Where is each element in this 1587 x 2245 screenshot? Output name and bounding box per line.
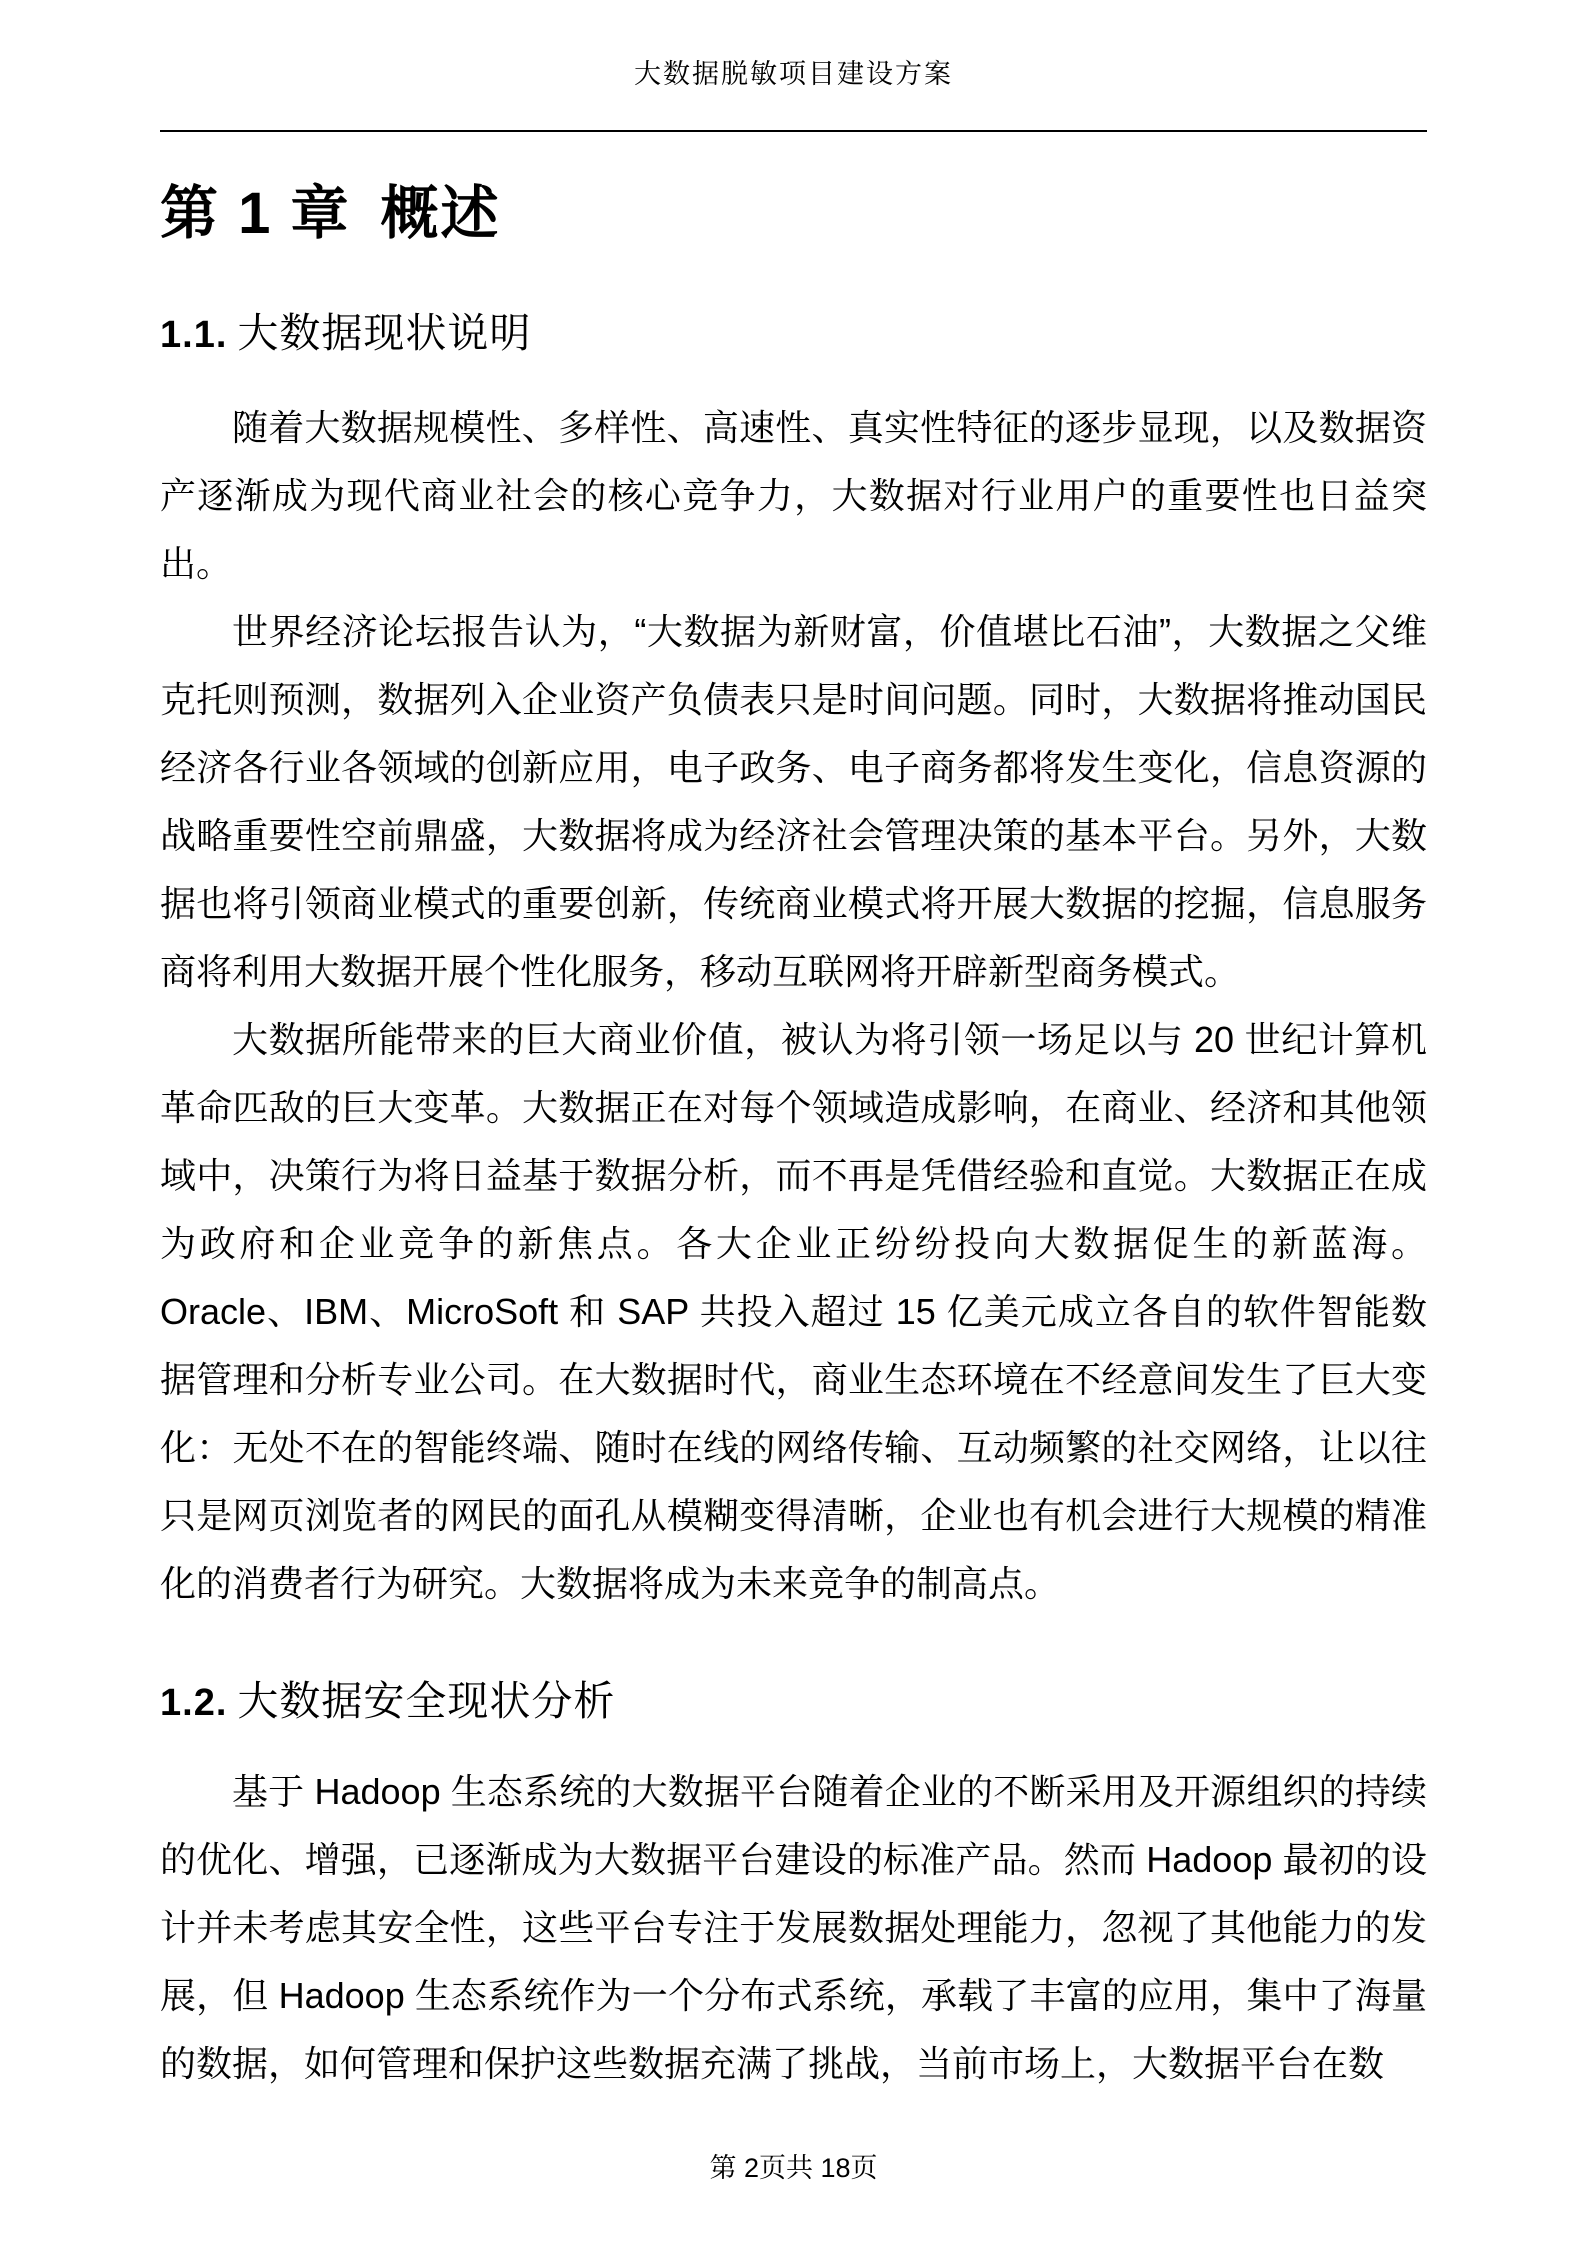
section-1-2-body: 基于 Hadoop 生态系统的大数据平台随着企业的不断采用及开源组织的持续的优化… xyxy=(160,1758,1427,2098)
chapter-heading: 第 1 章概述 xyxy=(160,178,1427,250)
section-title: 大数据现状说明 xyxy=(237,310,531,356)
section-heading-1-2: 1.2.大数据安全现状分析 xyxy=(160,1674,1427,1730)
document-page: 大数据脱敏项目建设方案 第 1 章概述 1.1.大数据现状说明 随着大数据规模性… xyxy=(0,0,1587,2245)
section-number: 1.1. xyxy=(160,314,227,356)
header-title: 大数据脱敏项目建设方案 xyxy=(634,59,953,89)
chapter-number: 第 1 章 xyxy=(160,181,351,246)
section-heading-1-1: 1.1.大数据现状说明 xyxy=(160,306,1427,362)
body-paragraph: 大数据所能带来的巨大商业价值，被认为将引领一场足以与 20 世纪计算机革命匹敌的… xyxy=(160,1006,1427,1618)
section-1-1-body: 随着大数据规模性、多样性、高速性、真实性特征的逐步显现，以及数据资产逐渐成为现代… xyxy=(160,394,1427,1618)
page-header: 大数据脱敏项目建设方案 xyxy=(160,0,1427,132)
body-paragraph: 基于 Hadoop 生态系统的大数据平台随着企业的不断采用及开源组织的持续的优化… xyxy=(160,1758,1427,2098)
body-paragraph: 世界经济论坛报告认为，“大数据为新财富，价值堪比石油”，大数据之父维克托则预测，… xyxy=(160,598,1427,1006)
chapter-title: 概述 xyxy=(381,181,501,246)
section-number: 1.2. xyxy=(160,1682,227,1724)
footer-page-number: 第 2页共 18页 xyxy=(0,2146,1587,2185)
body-paragraph: 随着大数据规模性、多样性、高速性、真实性特征的逐步显现，以及数据资产逐渐成为现代… xyxy=(160,394,1427,598)
section-title: 大数据安全现状分析 xyxy=(237,1678,615,1724)
